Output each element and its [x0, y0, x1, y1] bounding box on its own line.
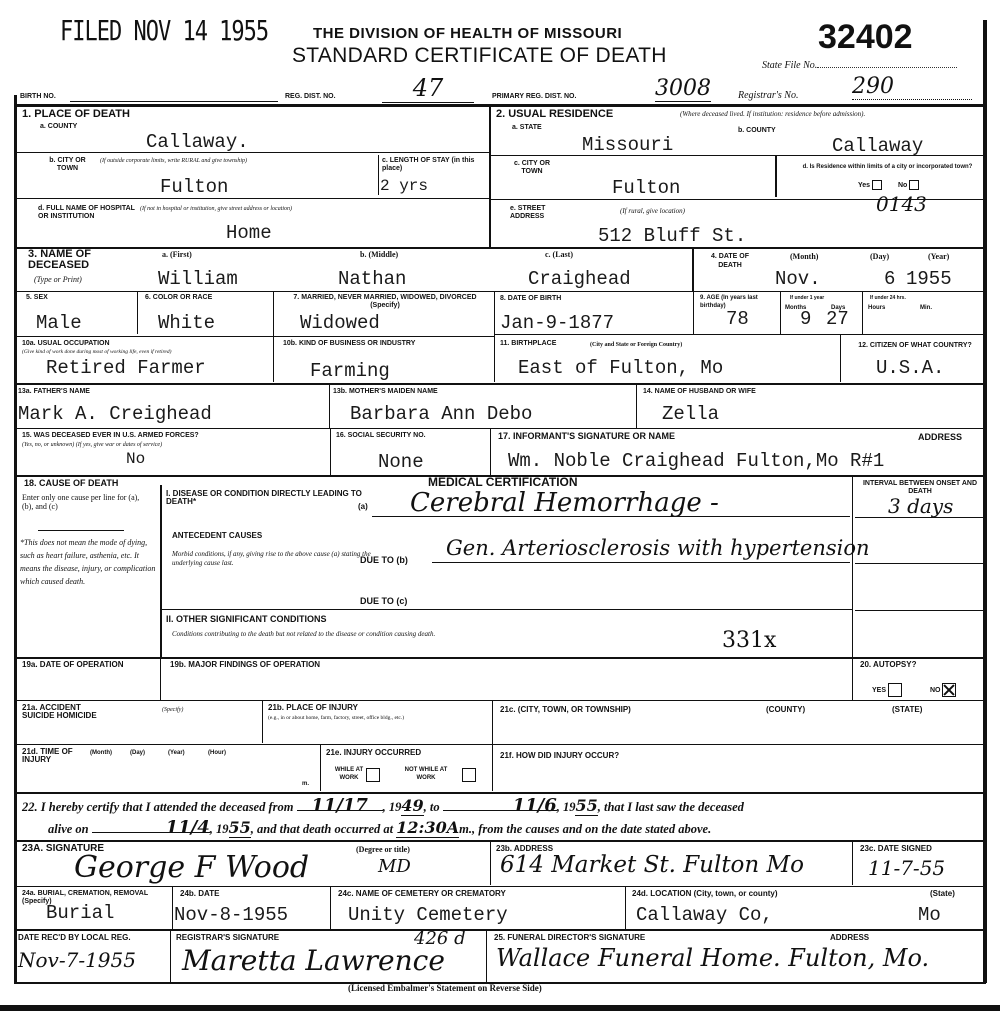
divider — [494, 334, 984, 335]
degree-label: (Degree or title) — [356, 845, 410, 854]
cause-label: 18. CAUSE OF DEATH — [24, 479, 118, 487]
divider — [14, 428, 986, 429]
divider — [372, 516, 850, 517]
physician-address-value: 614 Market St. Fulton Mo — [500, 852, 804, 878]
ssn-label: 16. SOCIAL SECURITY NO. — [336, 432, 484, 440]
injury-city-label: 21c. (CITY, TOWN, OR TOWNSHIP) — [500, 706, 631, 714]
funeral-address-label: ADDRESS — [830, 934, 869, 942]
street-note: (If rural, give location) — [620, 207, 685, 216]
marital-value: Widowed — [300, 313, 380, 333]
burial-date-value: Nov-8-1955 — [174, 905, 288, 925]
registrar-signature-label: REGISTRAR'S SIGNATURE — [176, 934, 279, 942]
birth-no-label: BIRTH NO. — [20, 93, 56, 101]
armed-forces-label: 15. WAS DECEASED EVER IN U.S. ARMED FORC… — [22, 432, 199, 440]
citizen-value: U.S.A. — [876, 358, 944, 378]
injury-occurred-label: 21e. INJURY OCCURRED — [326, 749, 421, 757]
divider — [14, 744, 986, 745]
other-conditions-note: Conditions contributing to the death but… — [172, 630, 442, 639]
death-day-value: 6 — [884, 269, 895, 289]
divider — [14, 383, 986, 385]
injury-m-label: m. — [302, 780, 309, 788]
divider — [14, 247, 986, 249]
divider — [780, 292, 781, 334]
header-divider — [14, 104, 986, 107]
res-county-value: Callaway — [832, 136, 923, 156]
burial-date-label: 24b. DATE — [180, 890, 219, 898]
frame-bottom-border — [0, 1005, 1000, 1011]
first-name-value: William — [158, 269, 238, 289]
divider — [489, 107, 491, 247]
agency-title: THE DIVISION OF HEALTH OF MISSOURI — [313, 25, 622, 42]
embalmer-note: (Licensed Embalmer's Statement on Revers… — [348, 984, 542, 993]
place-of-death-label: 1. PLACE OF DEATH — [22, 109, 130, 119]
divider — [329, 384, 330, 428]
death-county-value: Callaway. — [146, 132, 249, 152]
divider — [852, 476, 853, 658]
reg-dist-label: REG. DIST. NO. — [285, 93, 336, 101]
middle-name-label: b. (Middle) — [360, 250, 398, 259]
stay-value: 2 yrs — [380, 176, 428, 196]
no-checkbox[interactable] — [909, 180, 919, 190]
injury-specify-label: (Specify) — [162, 706, 183, 715]
injury-how-label: 21f. HOW DID INJURY OCCUR? — [500, 752, 619, 760]
divider — [330, 429, 331, 475]
days-value: 27 — [826, 309, 849, 329]
degree-value: MD — [378, 856, 411, 877]
divider — [262, 701, 263, 743]
file-number: 32402 — [818, 18, 913, 57]
business-value: Farming — [310, 361, 390, 381]
hospital-label: d. FULL NAME OF HOSPITAL OR INSTITUTION — [38, 205, 138, 221]
injury-place-note: (e.g., in or about home, farm, factory, … — [268, 714, 488, 723]
father-value: Mark A. Creighead — [18, 404, 212, 424]
occupation-value: Retired Farmer — [46, 358, 206, 378]
autopsy-yes-checkbox[interactable] — [888, 683, 902, 697]
certificate-title: STANDARD CERTIFICATE OF DEATH — [292, 44, 667, 68]
direct-cause-label: I. DISEASE OR CONDITION DIRECTLY LEADING… — [166, 490, 366, 506]
last-name-label: c. (Last) — [545, 250, 573, 259]
divider — [693, 292, 694, 334]
birthplace-label: 11. BIRTHPLACE — [500, 340, 556, 348]
death-county-label: a. COUNTY — [40, 123, 77, 131]
ssn-value: None — [378, 452, 424, 472]
divider — [170, 930, 171, 982]
injury-day-label: (Day) — [130, 749, 145, 757]
last-name-value: Craighead — [528, 269, 631, 289]
stay-label: c. LENGTH OF STAY (in this place) — [382, 157, 487, 173]
frame-left-border — [14, 95, 17, 983]
divider — [492, 701, 493, 791]
residence-note: (Where deceased lived. If institution: r… — [680, 110, 980, 119]
min-label: Min. — [920, 304, 932, 312]
autopsy-yes[interactable]: YES — [872, 683, 902, 697]
divider — [160, 485, 162, 658]
first-name-label: a. (First) — [162, 250, 192, 259]
death-day-label: (Day) — [870, 252, 889, 261]
age-value: 78 — [726, 309, 749, 329]
due-to-c-label: DUE TO (c) — [360, 597, 407, 605]
race-label: 6. COLOR OR RACE — [145, 294, 212, 302]
injury-place-label: 21b. PLACE OF INJURY — [268, 704, 488, 712]
death-year-label: (Year) — [928, 252, 949, 261]
divider — [862, 292, 863, 334]
medical-section-label: MEDICAL CERTIFICATION — [428, 477, 578, 487]
death-month-label: (Month) — [790, 252, 818, 261]
res-city-label: c. CITY OR TOWN — [512, 160, 552, 176]
cause-b-value: Gen. Arteriosclerosis with hypertension — [446, 536, 870, 560]
divider — [489, 155, 984, 156]
mother-value: Barbara Ann Debo — [350, 404, 532, 424]
birthplace-value: East of Fulton, Mo — [518, 358, 723, 378]
occupation-label: 10a. USUAL OCCUPATION — [22, 340, 110, 348]
death-date-label: 4. DATE OF DEATH — [705, 252, 755, 270]
birthplace-note: (City and State or Foreign Country) — [590, 341, 682, 350]
registrar-code: 426 d — [414, 928, 466, 949]
divider — [14, 700, 986, 701]
divider — [625, 887, 626, 929]
marital-label: 7. MARRIED, NEVER MARRIED, WIDOWED, DIVO… — [280, 294, 490, 310]
within-limits-label: d. Is Residence within limits of a city … — [800, 163, 975, 171]
reg-dist-value: 47 — [382, 74, 474, 103]
burial-type-value: Burial — [46, 903, 114, 923]
sex-label: 5. SEX — [26, 294, 48, 302]
divider — [330, 887, 331, 929]
hospital-note: (If not in hospital or institution, give… — [140, 205, 480, 214]
death-year-value: 1955 — [906, 269, 952, 289]
registrar-no-label: Registrar's No. — [738, 91, 798, 100]
divider — [14, 336, 494, 337]
under-day-label: If under 24 hrs. — [870, 294, 906, 302]
informant-label: 17. INFORMANT'S SIGNATURE OR NAME — [498, 432, 675, 440]
res-state-value: Missouri — [582, 135, 673, 155]
not-at-work-checkbox[interactable] — [462, 768, 476, 782]
divider — [432, 562, 850, 563]
funeral-director-signature: Wallace Funeral Home. Fulton, Mo. — [496, 944, 929, 972]
street-value: 512 Bluff St. — [598, 226, 746, 246]
injury-hour-label: (Hour) — [208, 749, 226, 757]
operation-findings-label: 19b. MAJOR FINDINGS OF OPERATION — [170, 661, 320, 669]
due-to-b-label: DUE TO (b) — [360, 556, 408, 564]
death-city-label: b. CITY OR TOWN — [40, 157, 95, 173]
divider — [38, 530, 124, 531]
date-received-label: DATE REC'D BY LOCAL REG. — [18, 934, 160, 942]
cert-line-2: alive on 11/4, 1955, and that death occu… — [48, 823, 711, 834]
not-at-work-label: NOT WHILE AT WORK — [400, 766, 452, 782]
burial-state-value: Mo — [918, 905, 941, 925]
primary-reg-dist-value: 3008 — [655, 76, 711, 102]
antecedent-label: ANTECEDENT CAUSES — [172, 532, 262, 540]
cause-a-value: Cerebral Hemorrhage - — [410, 488, 719, 518]
funeral-director-label: 25. FUNERAL DIRECTOR'S SIGNATURE — [494, 934, 645, 942]
date-signed-label: 23c. DATE SIGNED — [860, 845, 932, 853]
sex-value: Male — [36, 313, 82, 333]
months-value: 9 — [800, 309, 811, 329]
yes-checkbox[interactable] — [872, 180, 882, 190]
date-signed-value: 11-7-55 — [868, 856, 945, 880]
divider — [137, 292, 138, 334]
physician-signature: George F Wood — [74, 850, 309, 885]
cemetery-value: Unity Cemetery — [348, 905, 508, 925]
state-file-label: State File No. — [762, 61, 972, 70]
business-label: 10b. KIND OF BUSINESS OR INDUSTRY — [283, 340, 488, 348]
informant-value: Wm. Noble Craighead Fulton,Mo R#1 — [508, 451, 884, 471]
divider — [692, 249, 694, 291]
divider — [855, 610, 983, 611]
middle-name-value: Nathan — [338, 269, 406, 289]
autopsy-label: 20. AUTOPSY? — [860, 661, 916, 669]
divider — [840, 335, 841, 382]
injury-month-label: (Month) — [90, 749, 112, 757]
divider — [162, 609, 852, 610]
margin-code: 0143 — [876, 192, 927, 216]
primary-reg-dist-label: PRIMARY REG. DIST. NO. — [492, 93, 576, 101]
burial-state-label: (State) — [930, 890, 955, 898]
not-at-work-checkbox-wrap[interactable] — [462, 766, 476, 784]
divider — [852, 658, 853, 700]
injury-county-label: (COUNTY) — [766, 706, 805, 714]
registrar-no-value: 290 — [852, 74, 972, 100]
divider — [486, 930, 487, 982]
divider — [14, 840, 986, 842]
divider — [320, 745, 321, 791]
hours-label: Hours — [868, 304, 885, 312]
armed-forces-value: No — [126, 449, 145, 469]
operation-date-label: 19a. DATE OF OPERATION — [22, 661, 154, 669]
cert-line-1: 22. I hereby certify that I attended the… — [22, 801, 744, 812]
date-received-value: Nov-7-1955 — [18, 948, 136, 972]
filed-stamp: FILED NOV 14 1955 — [60, 16, 268, 47]
a-marker: (a) — [358, 503, 368, 511]
res-city-value: Fulton — [612, 178, 680, 198]
divider — [160, 658, 161, 700]
interval-value: 3 days — [888, 494, 953, 518]
divider — [172, 887, 173, 929]
divider — [490, 429, 491, 475]
street-label: e. STREET ADDRESS — [510, 205, 570, 221]
divider — [852, 841, 853, 885]
other-code: 331x — [722, 628, 776, 653]
res-state-label: a. STATE — [512, 124, 542, 132]
under-year-label: If under 1 year — [790, 294, 824, 302]
hospital-value: Home — [226, 223, 272, 243]
name-label: 3. NAME OF DECEASED — [28, 249, 138, 271]
at-work-checkbox-wrap[interactable] — [366, 766, 380, 784]
burial-location-label: 24d. LOCATION (City, town, or county) — [632, 890, 777, 898]
registrar-signature: Maretta Lawrence — [182, 944, 445, 977]
spouse-value: Zella — [662, 404, 719, 424]
injury-year-label: (Year) — [168, 749, 185, 757]
cemetery-label: 24c. NAME OF CEMETERY OR CREMATORY — [338, 890, 506, 898]
autopsy-no[interactable]: NO — [930, 683, 956, 697]
at-work-checkbox[interactable] — [366, 768, 380, 782]
burial-location-value: Callaway Co, — [636, 905, 773, 925]
death-month-value: Nov. — [775, 269, 821, 289]
within-limits-no[interactable]: No — [898, 180, 919, 190]
divider — [14, 291, 986, 292]
name-note: (Type or Print) — [34, 275, 82, 284]
within-limits-yes[interactable]: Yes — [858, 180, 882, 190]
divider — [378, 155, 379, 195]
mother-label: 13b. MOTHER'S MAIDEN NAME — [333, 388, 438, 396]
dob-value: Jan-9-1877 — [500, 313, 614, 333]
divider — [14, 886, 986, 887]
residence-label: 2. USUAL RESIDENCE — [496, 109, 613, 119]
divider — [273, 292, 274, 382]
father-label: 13a. FATHER'S NAME — [18, 388, 90, 396]
other-conditions-label: II. OTHER SIGNIFICANT CONDITIONS — [166, 615, 327, 623]
cause-instruction: Enter only one cause per line for (a), (… — [22, 493, 152, 511]
divider — [490, 841, 491, 885]
injury-state-label: (STATE) — [892, 706, 922, 714]
antecedent-note: Morbid conditions, if any, giving rise t… — [172, 550, 372, 568]
divider — [14, 792, 986, 794]
divider — [775, 155, 777, 197]
autopsy-no-checkbox[interactable] — [942, 683, 956, 697]
informant-address-label: ADDRESS — [918, 433, 962, 441]
citizen-label: 12. CITIZEN OF WHAT COUNTRY? — [850, 342, 980, 350]
death-city-note: (If outside corporate limits, write RURA… — [100, 157, 370, 166]
death-city-value: Fulton — [160, 177, 228, 197]
divider — [14, 152, 489, 153]
divider — [14, 929, 986, 931]
cause-footnote: *This does not mean the mode of dying, s… — [20, 536, 156, 588]
divider — [636, 384, 637, 428]
occupation-note: (Give kind of work done during most of w… — [22, 348, 272, 357]
armed-forces-note: (Yes, no, or unknown) (If yes, give war … — [22, 441, 322, 450]
divider — [494, 292, 495, 382]
race-value: White — [158, 313, 215, 333]
divider — [855, 517, 983, 518]
divider — [855, 563, 983, 564]
birth-no-field — [70, 101, 278, 102]
res-county-label: b. COUNTY — [738, 127, 776, 135]
dob-label: 8. DATE OF BIRTH — [500, 295, 561, 303]
spouse-label: 14. NAME OF HUSBAND OR WIFE — [643, 388, 756, 396]
divider — [14, 198, 489, 199]
frame-right-border — [983, 20, 987, 983]
injury-type-label: 21a. ACCIDENT SUICIDE HOMICIDE — [22, 704, 102, 720]
injury-time-label: 21d. TIME OF INJURY — [22, 748, 82, 764]
